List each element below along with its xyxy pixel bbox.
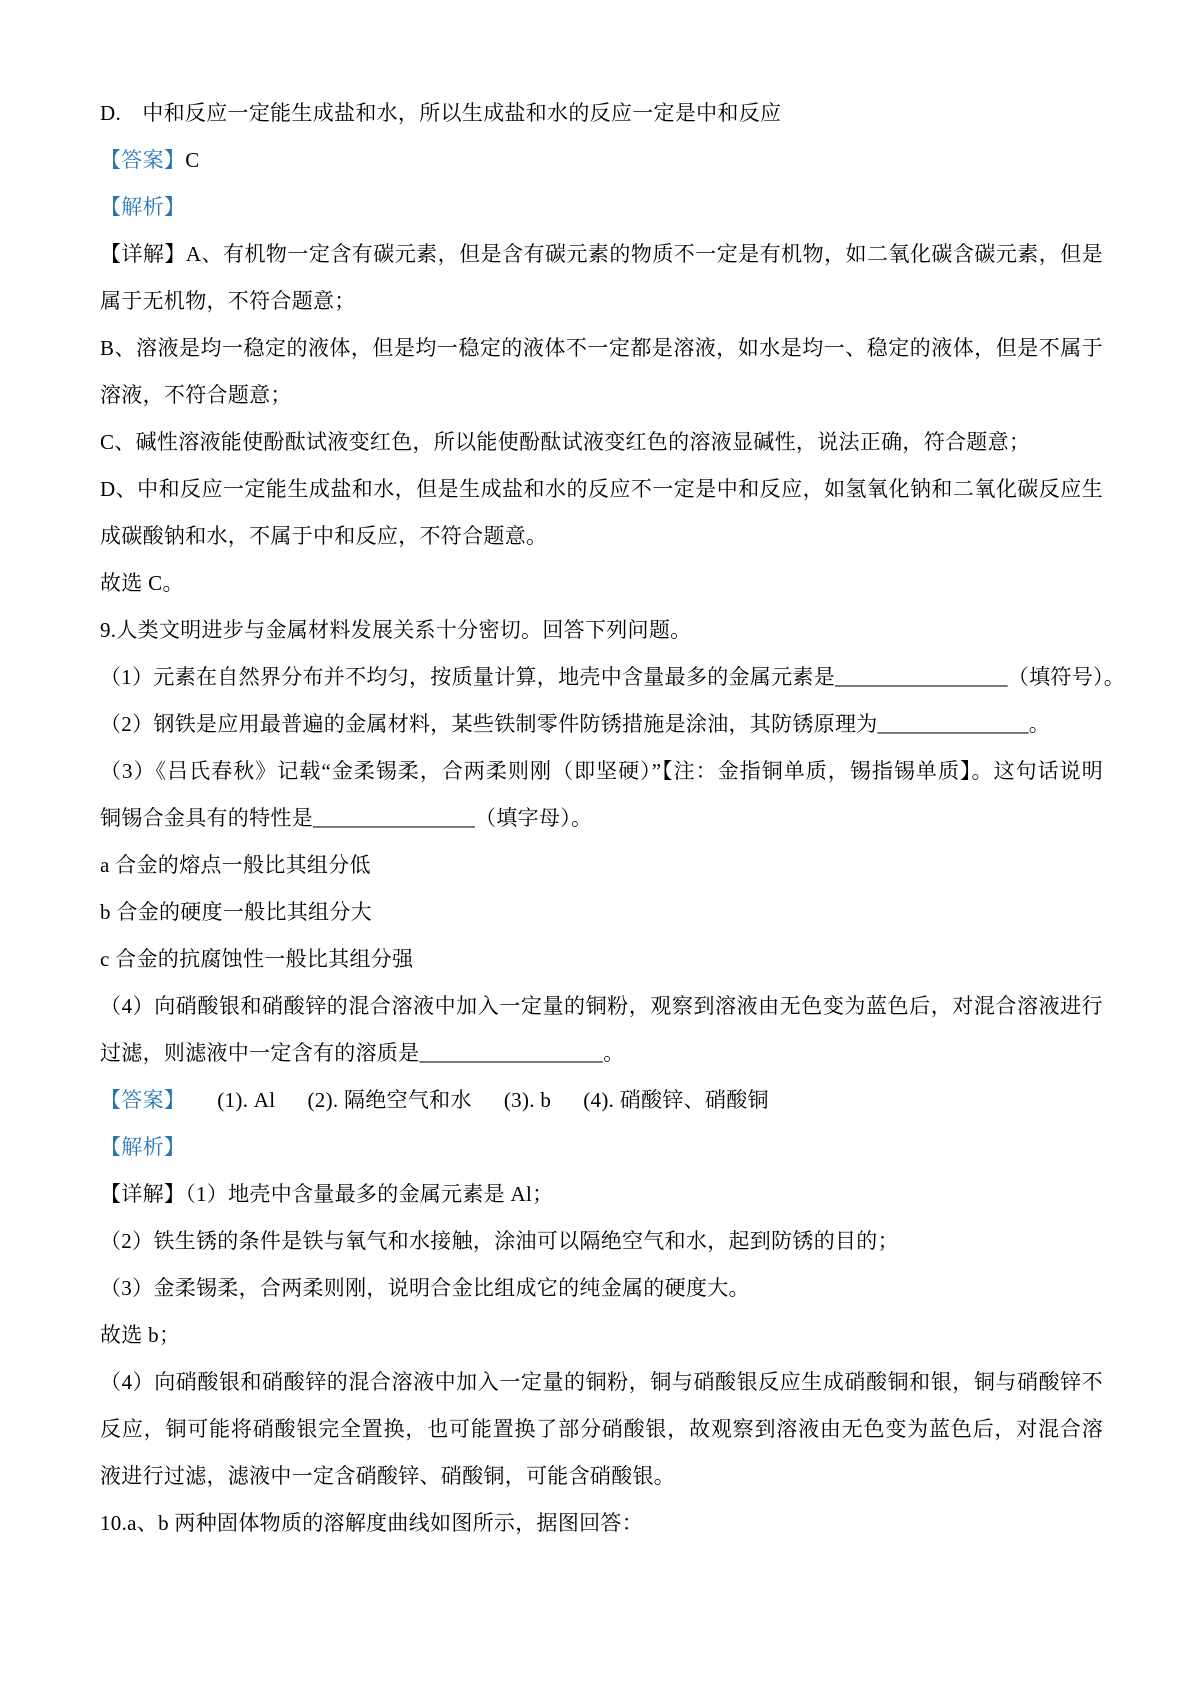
detail-line: 属于无机物，不符合题意； bbox=[100, 278, 1103, 325]
analysis-line: 【解析】 bbox=[100, 1124, 1103, 1171]
question-9-title: 9.人类文明进步与金属材料发展关系十分密切。回答下列问题。 bbox=[100, 607, 1103, 654]
question-9-part-2: （2）钢铁是应用最普遍的金属材料，某些铁制零件防锈措施是涂油，其防锈原理为___… bbox=[100, 701, 1103, 748]
line-text: a 合金的熔点一般比其组分低 bbox=[100, 853, 371, 877]
line-text: 故选 b； bbox=[100, 1323, 180, 1347]
line-text: (1). Al (2). 隔绝空气和水 (3). b (4). 硝酸锌、硝酸铜 bbox=[185, 1088, 769, 1112]
detail-line: D、中和反应一定能生成盐和水，但是生成盐和水的反应不一定是中和反应，如氢氧化钠和… bbox=[100, 466, 1103, 513]
line-text: 属于无机物，不符合题意； bbox=[100, 289, 356, 313]
line-text: 10.a、b 两种固体物质的溶解度曲线如图所示，据图回答： bbox=[100, 1511, 643, 1535]
question-10-title: 10.a、b 两种固体物质的溶解度曲线如图所示，据图回答： bbox=[100, 1500, 1103, 1547]
line-text: （3）金柔锡柔，合两柔则刚，说明合金比组成它的纯金属的硬度大。 bbox=[100, 1276, 750, 1300]
line-text: （2）钢铁是应用最普遍的金属材料，某些铁制零件防锈措施是涂油，其防锈原理为___… bbox=[100, 712, 1050, 736]
analysis-label: 【解析】 bbox=[100, 195, 185, 219]
line-text: C、碱性溶液能使酚酞试液变红色，所以能使酚酞试液变红色的溶液显碱性，说法正确，符… bbox=[100, 430, 1030, 454]
line-text: 溶液，不符合题意； bbox=[100, 383, 292, 407]
conclusion-line: 故选 b； bbox=[100, 1312, 1103, 1359]
line-text: （4）向硝酸银和硝酸锌的混合溶液中加入一定量的铜粉，铜与硝酸银反应生成硝酸铜和银… bbox=[100, 1370, 1103, 1394]
document-page: D. 中和反应一定能生成盐和水，所以生成盐和水的反应一定是中和反应 【答案】C … bbox=[0, 0, 1200, 1698]
analysis-label: 【解析】 bbox=[100, 1135, 185, 1159]
answer-label: 【答案】 bbox=[100, 1088, 185, 1112]
line-text: （4）向硝酸银和硝酸锌的混合溶液中加入一定量的铜粉，观察到溶液由无色变为蓝色后，… bbox=[100, 994, 1103, 1018]
line-text: 铜锡合金具有的特性是_______________（填字母）。 bbox=[100, 806, 592, 830]
detail-line: （4）向硝酸银和硝酸锌的混合溶液中加入一定量的铜粉，铜与硝酸银反应生成硝酸铜和银… bbox=[100, 1359, 1103, 1406]
line-text: 【详解】（1）地壳中含量最多的金属元素是 Al； bbox=[100, 1182, 553, 1206]
line-text: D、中和反应一定能生成盐和水，但是生成盐和水的反应不一定是中和反应，如氢氧化钠和… bbox=[100, 477, 1103, 501]
question-9-part-4: （4）向硝酸银和硝酸锌的混合溶液中加入一定量的铜粉，观察到溶液由无色变为蓝色后，… bbox=[100, 983, 1103, 1030]
line-text: （1）元素在自然界分布并不均匀，按质量计算，地壳中含量最多的金属元素是_____… bbox=[100, 665, 1125, 689]
answer-label: 【答案】 bbox=[100, 148, 185, 172]
choice-c-line: c 合金的抗腐蚀性一般比其组分强 bbox=[100, 936, 1103, 983]
detail-line: （2）铁生锈的条件是铁与氧气和水接触，涂油可以隔绝空气和水，起到防锈的目的； bbox=[100, 1218, 1103, 1265]
conclusion-line: 故选 C。 bbox=[100, 560, 1103, 607]
question-9-part-3-cont: 铜锡合金具有的特性是_______________（填字母）。 bbox=[100, 795, 1103, 842]
line-text: 液进行过滤，滤液中一定含硝酸锌、硝酸铜，可能含硝酸银。 bbox=[100, 1464, 675, 1488]
line-text: C bbox=[185, 148, 199, 172]
question-9-part-4-cont: 过滤，则滤液中一定含有的溶质是_________________。 bbox=[100, 1030, 1103, 1077]
line-text: 反应，铜可能将硝酸银完全置换，也可能置换了部分硝酸银，故观察到溶液由无色变为蓝色… bbox=[100, 1417, 1103, 1441]
answer-line: 【答案】C bbox=[100, 137, 1103, 184]
line-text: （3）《吕氏春秋》记载“金柔锡柔，合两柔则刚（即坚硬）”【注：金指铜单质，锡指锡… bbox=[100, 759, 1103, 783]
line-text: D. 中和反应一定能生成盐和水，所以生成盐和水的反应一定是中和反应 bbox=[100, 101, 781, 125]
choice-a-line: a 合金的熔点一般比其组分低 bbox=[100, 842, 1103, 889]
detail-line: 【详解】（1）地壳中含量最多的金属元素是 Al； bbox=[100, 1171, 1103, 1218]
line-text: 【详解】A、有机物一定含有碳元素，但是含有碳元素的物质不一定是有机物，如二氧化碳… bbox=[100, 242, 1103, 266]
line-text: B、溶液是均一稳定的液体，但是均一稳定的液体不一定都是溶液，如水是均一、稳定的液… bbox=[100, 336, 1103, 360]
analysis-line: 【解析】 bbox=[100, 184, 1103, 231]
detail-line: C、碱性溶液能使酚酞试液变红色，所以能使酚酞试液变红色的溶液显碱性，说法正确，符… bbox=[100, 419, 1103, 466]
line-text: （2）铁生锈的条件是铁与氧气和水接触，涂油可以隔绝空气和水，起到防锈的目的； bbox=[100, 1229, 899, 1253]
answer-line: 【答案】 (1). Al (2). 隔绝空气和水 (3). b (4). 硝酸锌… bbox=[100, 1077, 1103, 1124]
line-text: c 合金的抗腐蚀性一般比其组分强 bbox=[100, 947, 413, 971]
question-9-part-1: （1）元素在自然界分布并不均匀，按质量计算，地壳中含量最多的金属元素是_____… bbox=[100, 654, 1103, 701]
detail-line: 【详解】A、有机物一定含有碳元素，但是含有碳元素的物质不一定是有机物，如二氧化碳… bbox=[100, 231, 1103, 278]
detail-line: 溶液，不符合题意； bbox=[100, 372, 1103, 419]
detail-line: B、溶液是均一稳定的液体，但是均一稳定的液体不一定都是溶液，如水是均一、稳定的液… bbox=[100, 325, 1103, 372]
detail-line: 成碳酸钠和水，不属于中和反应，不符合题意。 bbox=[100, 513, 1103, 560]
detail-line: （3）金柔锡柔，合两柔则刚，说明合金比组成它的纯金属的硬度大。 bbox=[100, 1265, 1103, 1312]
option-d-line: D. 中和反应一定能生成盐和水，所以生成盐和水的反应一定是中和反应 bbox=[100, 90, 1103, 137]
line-text: 成碳酸钠和水，不属于中和反应，不符合题意。 bbox=[100, 524, 547, 548]
detail-line: 液进行过滤，滤液中一定含硝酸锌、硝酸铜，可能含硝酸银。 bbox=[100, 1453, 1103, 1500]
line-text: b 合金的硬度一般比其组分大 bbox=[100, 900, 372, 924]
line-text: 9.人类文明进步与金属材料发展关系十分密切。回答下列问题。 bbox=[100, 618, 691, 642]
question-9-part-3: （3）《吕氏春秋》记载“金柔锡柔，合两柔则刚（即坚硬）”【注：金指铜单质，锡指锡… bbox=[100, 748, 1103, 795]
detail-line: 反应，铜可能将硝酸银完全置换，也可能置换了部分硝酸银，故观察到溶液由无色变为蓝色… bbox=[100, 1406, 1103, 1453]
choice-b-line: b 合金的硬度一般比其组分大 bbox=[100, 889, 1103, 936]
line-text: 过滤，则滤液中一定含有的溶质是_________________。 bbox=[100, 1041, 624, 1065]
line-text: 故选 C。 bbox=[100, 571, 184, 595]
